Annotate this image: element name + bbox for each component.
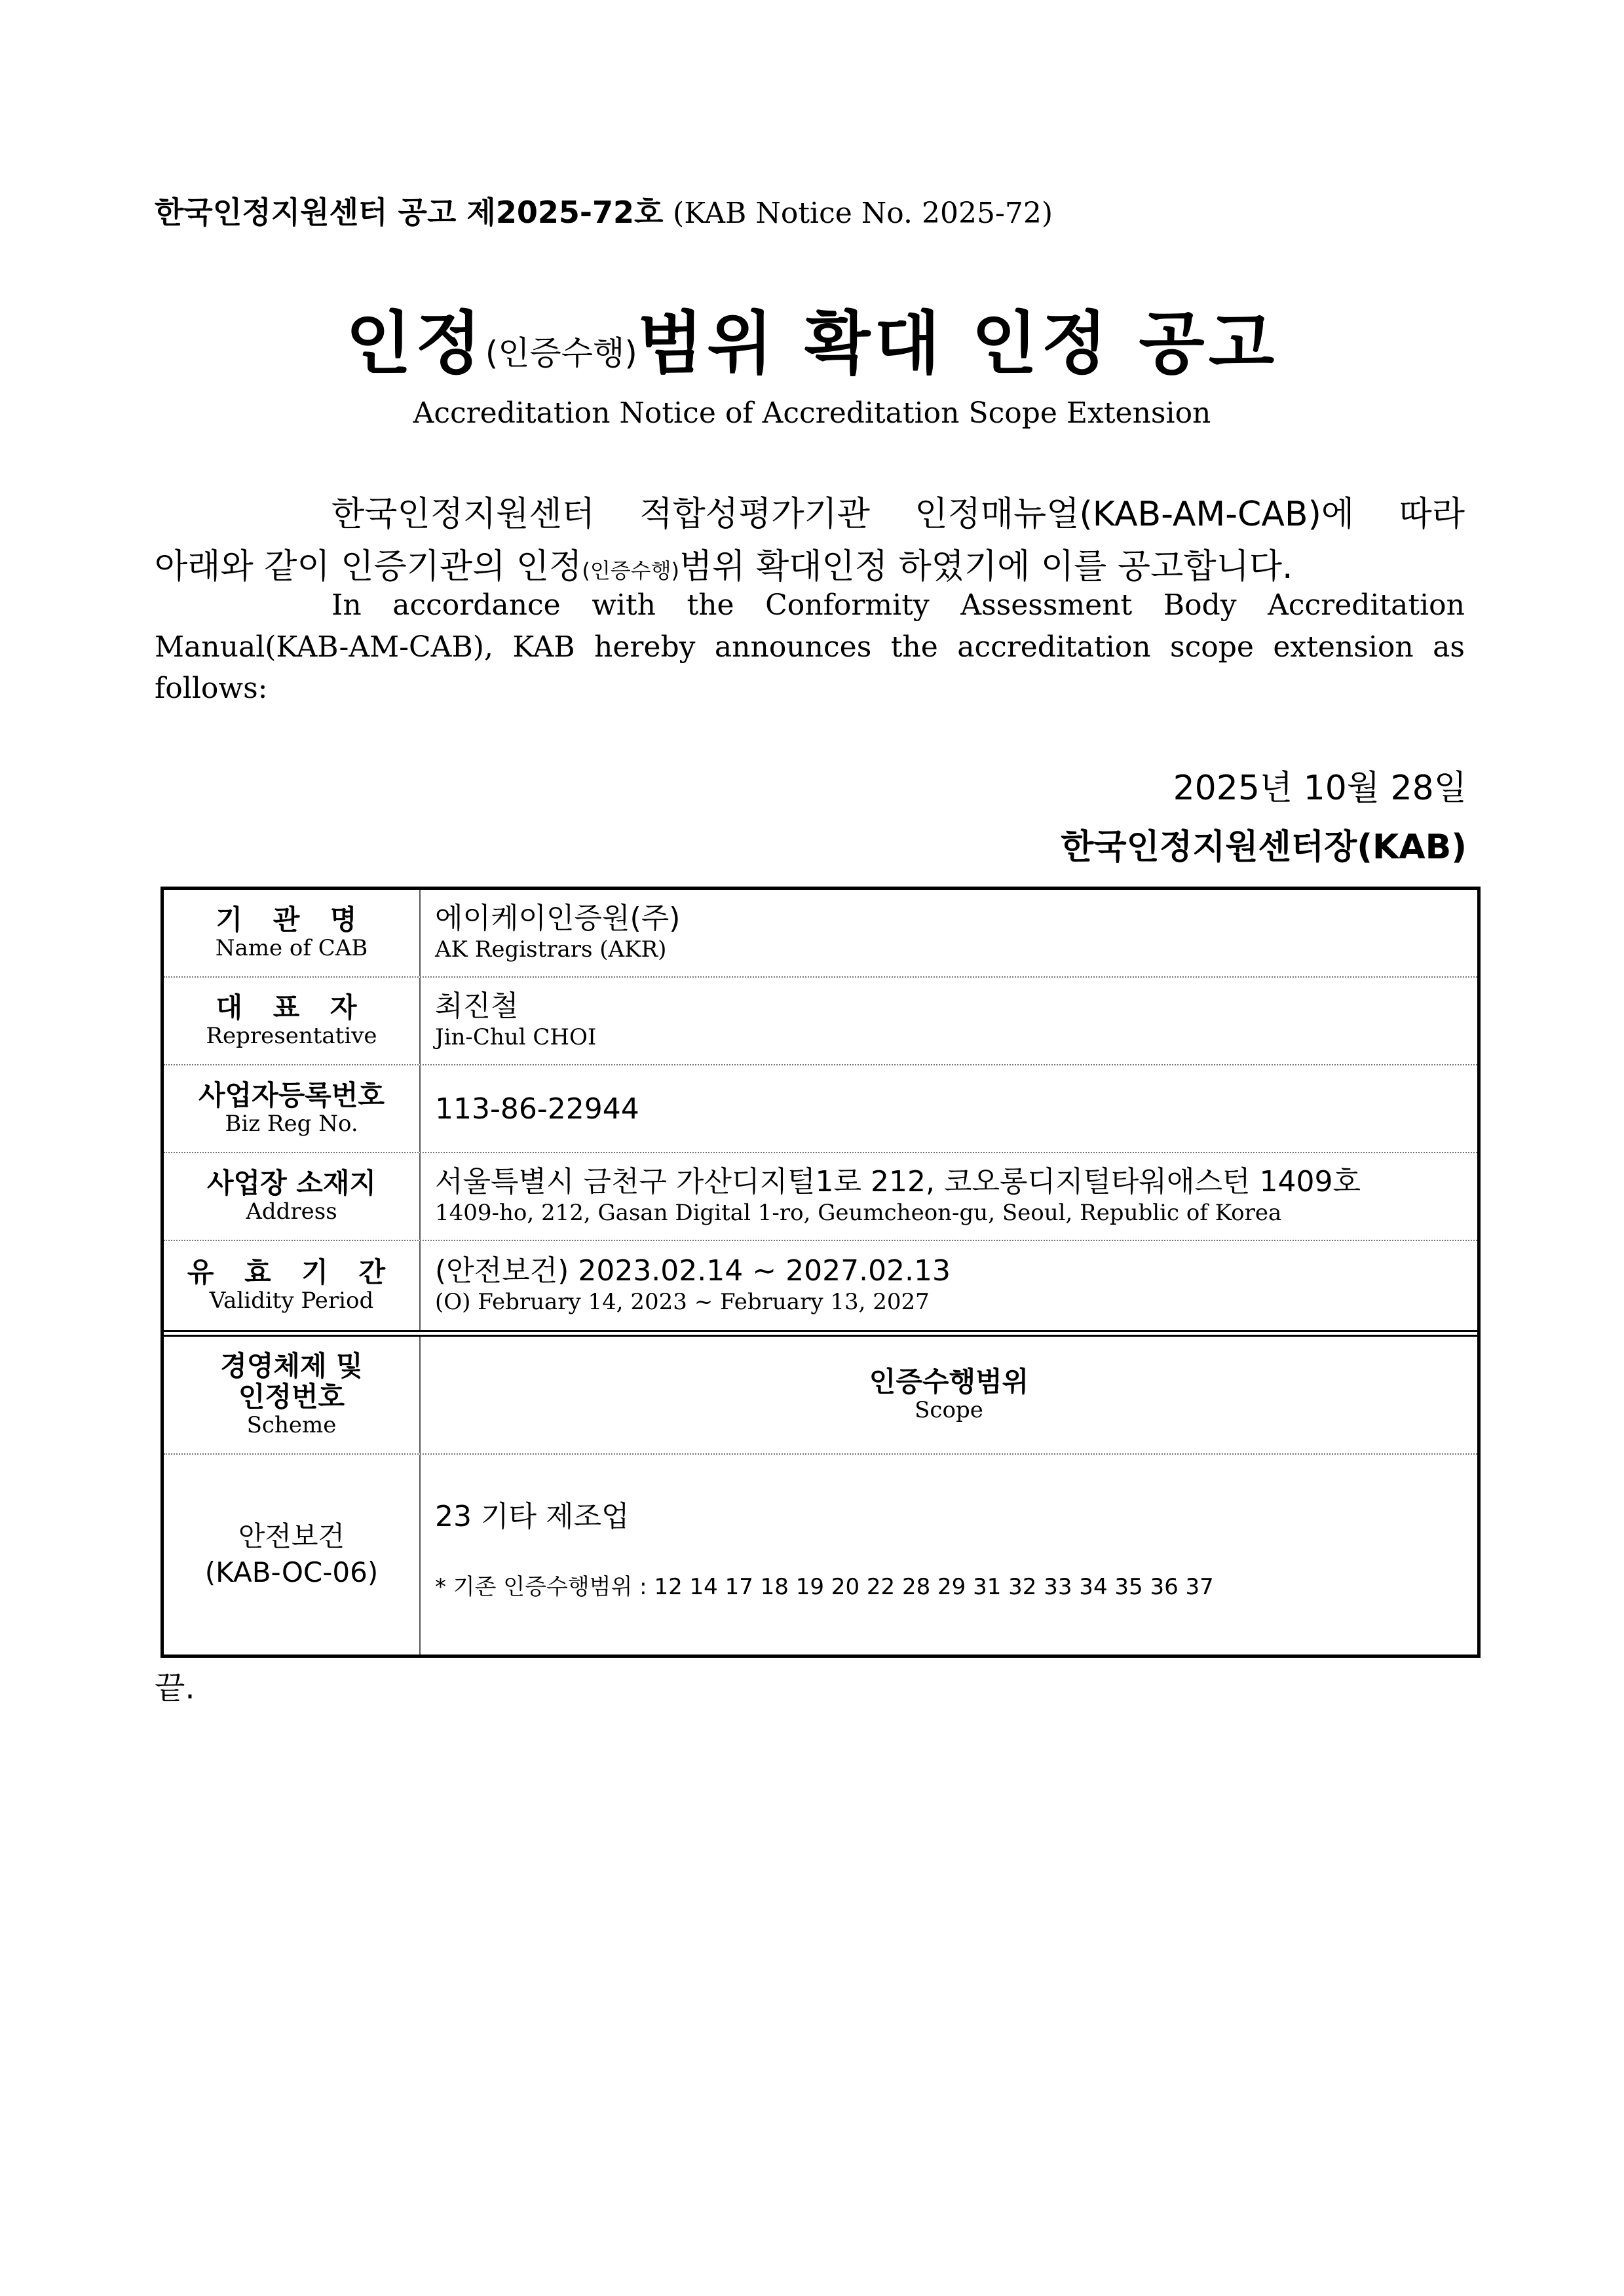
label-kr: 사업장 소재지 [207, 1168, 376, 1198]
scheme-label-kr-line1: 경영체제 및 [220, 1351, 362, 1381]
label-cell: 기 관 명 Name of CAB [164, 890, 421, 976]
table-row-biz-reg: 사업자등록번호 Biz Reg No. 113-86-22944 [164, 1065, 1477, 1153]
value-cell: (안전보건) 2023.02.14 ~ 2027.02.13 (O) Febru… [421, 1241, 1477, 1330]
body-en-line3: follows: [155, 672, 1465, 705]
scope-label-kr: 인증수행범위 [869, 1367, 1029, 1397]
representative-en: Jin-Chul CHOI [435, 1024, 1477, 1052]
title-small: (인증수행) [485, 334, 637, 372]
label-en: Name of CAB [216, 935, 368, 962]
table-row-validity: 유 효 기 간 Validity Period (안전보건) 2023.02.1… [164, 1241, 1477, 1337]
notice-number-en: (KAB Notice No. 2025-72) [673, 197, 1053, 230]
label-cell: 사업장 소재지 Address [164, 1153, 421, 1240]
cab-name-kr: 에이케이인증원(주) [435, 902, 1477, 936]
body-kr-line2-small: (인증수행) [582, 558, 679, 583]
representative-kr: 최진철 [435, 990, 1477, 1024]
issuer-name: 한국인정지원센터장(KAB) [1061, 819, 1467, 868]
table-row-representative: 대 표 자 Representative 최진철 Jin-Chul CHOI [164, 978, 1477, 1065]
address-kr: 서울특별시 금천구 가산디지털1로 212, 코오롱디지털타워애스턴 1409호 [435, 1166, 1477, 1199]
page-title: 인정(인증수행)범위 확대 인정 공고 [0, 288, 1624, 387]
label-cell: 대 표 자 Representative [164, 978, 421, 1064]
table-row-scheme: 안전보건 (KAB-OC-06) 23 기타 제조업 * 기존 인증수행범위 :… [164, 1455, 1477, 1655]
label-cell: 사업자등록번호 Biz Reg No. [164, 1065, 421, 1152]
label-kr: 대 표 자 [216, 993, 368, 1023]
label-en: Address [246, 1198, 337, 1225]
scheme-label-kr-line2: 인정번호 [238, 1382, 345, 1412]
title-part1: 인정 [346, 303, 485, 383]
value-cell: 에이케이인증원(주) AK Registrars (AKR) [421, 890, 1477, 976]
value-cell: 서울특별시 금천구 가산디지털1로 212, 코오롱디지털타워애스턴 1409호… [421, 1153, 1477, 1240]
label-kr: 사업자등록번호 [198, 1081, 385, 1111]
body-en-line2: Manual(KAB-AM-CAB), KAB hereby announces… [155, 630, 1465, 664]
value-cell: 최진철 Jin-Chul CHOI [421, 978, 1477, 1064]
table-row-address: 사업장 소재지 Address 서울특별시 금천구 가산디지털1로 212, 코… [164, 1153, 1477, 1241]
biz-reg-number: 113-86-22944 [435, 1092, 1477, 1126]
validity-kr: (안전보건) 2023.02.14 ~ 2027.02.13 [435, 1255, 1477, 1288]
scheme-header-cell: 경영체제 및 인정번호 Scheme [164, 1337, 421, 1453]
validity-en: (O) February 14, 2023 ~ February 13, 202… [435, 1288, 1477, 1316]
existing-scope-codes: 12 14 17 18 19 20 22 28 29 31 32 33 34 3… [654, 1574, 1213, 1600]
scheme-label-en: Scheme [247, 1412, 337, 1439]
notice-date: 2025년 10월 28일 [1173, 760, 1467, 809]
body-kr-line2: 아래와 같이 인증기관의 인정(인증수행)범위 확대인정 하였기에 이를 공고합… [155, 539, 1465, 588]
title-part2: 범위 확대 인정 공고 [637, 303, 1278, 383]
notice-number-kr: 한국인정지원센터 공고 제2025-72호 [155, 195, 663, 230]
label-en: Biz Reg No. [225, 1111, 358, 1138]
body-kr-line1: 한국인정지원센터 적합성평가기관 인정매뉴얼(KAB-AM-CAB)에 따라 [155, 486, 1465, 535]
scope-label-en: Scope [915, 1397, 983, 1424]
table-row-scheme-header: 경영체제 및 인정번호 Scheme 인증수행범위 Scope [164, 1337, 1477, 1455]
scope-header-cell: 인증수행범위 Scope [421, 1337, 1477, 1453]
label-cell: 유 효 기 간 Validity Period [164, 1241, 421, 1330]
scope-cell: 23 기타 제조업 * 기존 인증수행범위 : 12 14 17 18 19 2… [421, 1455, 1477, 1655]
body-kr-line2-b: 범위 확대인정 하였기에 이를 공고합니다. [679, 547, 1293, 586]
page-subtitle: Accreditation Notice of Accreditation Sc… [0, 396, 1624, 430]
existing-scope: * 기존 인증수행범위 : 12 14 17 18 19 20 22 28 29… [435, 1569, 1477, 1601]
label-kr: 유 효 기 간 [187, 1257, 396, 1288]
end-mark: 끝. [155, 1662, 195, 1708]
label-en: Validity Period [210, 1288, 374, 1314]
label-en: Representative [206, 1023, 377, 1050]
address-en: 1409-ho, 212, Gasan Digital 1-ro, Geumch… [435, 1199, 1477, 1227]
label-kr: 기 관 명 [216, 905, 368, 935]
existing-scope-label: * 기존 인증수행범위 : [435, 1574, 647, 1600]
scheme-cell: 안전보건 (KAB-OC-06) [164, 1455, 421, 1655]
body-en-line1: In accordance with the Conformity Assess… [155, 588, 1465, 622]
notice-number: 한국인정지원센터 공고 제2025-72호 (KAB Notice No. 20… [155, 189, 1053, 232]
scheme-name: 안전보건 [238, 1519, 345, 1555]
cab-name-en: AK Registrars (AKR) [435, 936, 1477, 964]
scheme-code: (KAB-OC-06) [205, 1555, 378, 1591]
scope-added: 23 기타 제조업 [435, 1493, 1477, 1535]
body-kr-line2-a: 아래와 같이 인증기관의 인정 [155, 547, 582, 586]
table-row-cab-name: 기 관 명 Name of CAB 에이케이인증원(주) AK Registra… [164, 890, 1477, 978]
value-cell: 113-86-22944 [421, 1065, 1477, 1152]
accreditation-info-table: 기 관 명 Name of CAB 에이케이인증원(주) AK Registra… [161, 887, 1481, 1658]
